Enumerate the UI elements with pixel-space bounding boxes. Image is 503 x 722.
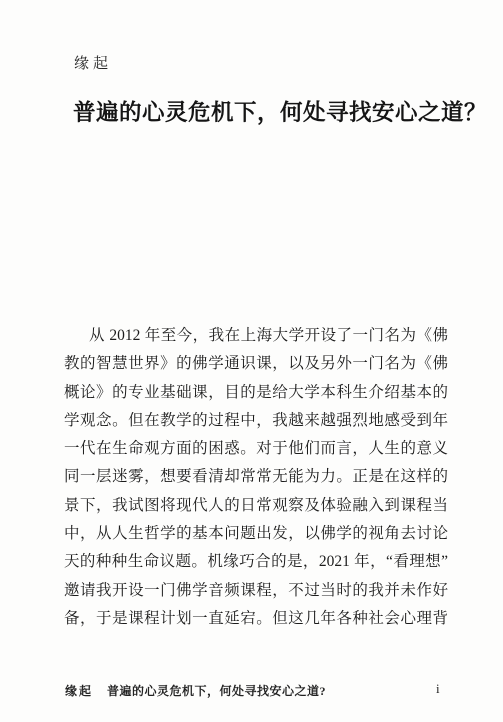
book-page: 缘起 普遍的心灵危机下，何处寻找安心之道？ 从 2012 年至今，我在上海大学开… <box>0 0 503 722</box>
body-line: 学观念。但在教学的过程中，我越来越强烈地感受到年轻 <box>64 407 448 435</box>
body-line: 天的种种生命议题。机缘巧合的是，2021 年，“看理想” <box>64 548 448 576</box>
page-number: i <box>436 681 440 697</box>
body-paragraph: 从 2012 年至今，我在上海大学开设了一门名为《佛 教的智慧世界》的佛学通识课… <box>64 322 448 633</box>
body-line: 概论》的专业基础课，目的是给大学本科生介绍基本的佛 <box>64 379 448 407</box>
section-label: 缘起 <box>74 52 112 73</box>
footer-section-label: 缘起 <box>65 682 93 699</box>
running-footer: 缘起 普遍的心灵危机下，何处寻找安心之道? <box>65 682 448 699</box>
chapter-title: 普遍的心灵危机下，何处寻找安心之道？ <box>73 95 473 127</box>
body-line: 教的智慧世界》的佛学通识课，以及另外一门名为《佛教 <box>64 350 448 378</box>
body-line: 从 2012 年至今，我在上海大学开设了一门名为《佛 <box>64 322 448 350</box>
body-line: 同一层迷雾，想要看清却常常无能为力。正是在这样的背 <box>64 463 448 491</box>
body-line: 景下，我试图将现代人的日常观察及体验融入到课程当 <box>64 492 448 520</box>
body-line: 中，从人生哲学的基本问题出发，以佛学的视角去讨论今 <box>64 520 448 548</box>
footer-chapter-title: 普遍的心灵危机下，何处寻找安心之道? <box>107 682 326 699</box>
body-line: 邀请我开设一门佛学音频课程，不过当时的我并未作好准 <box>64 577 448 605</box>
body-line: 备，于是课程计划一直延宕。但这几年各种社会心理背景 <box>64 605 448 633</box>
body-line: 一代在生命观方面的困惑。对于他们而言，人生的意义如 <box>64 435 448 463</box>
